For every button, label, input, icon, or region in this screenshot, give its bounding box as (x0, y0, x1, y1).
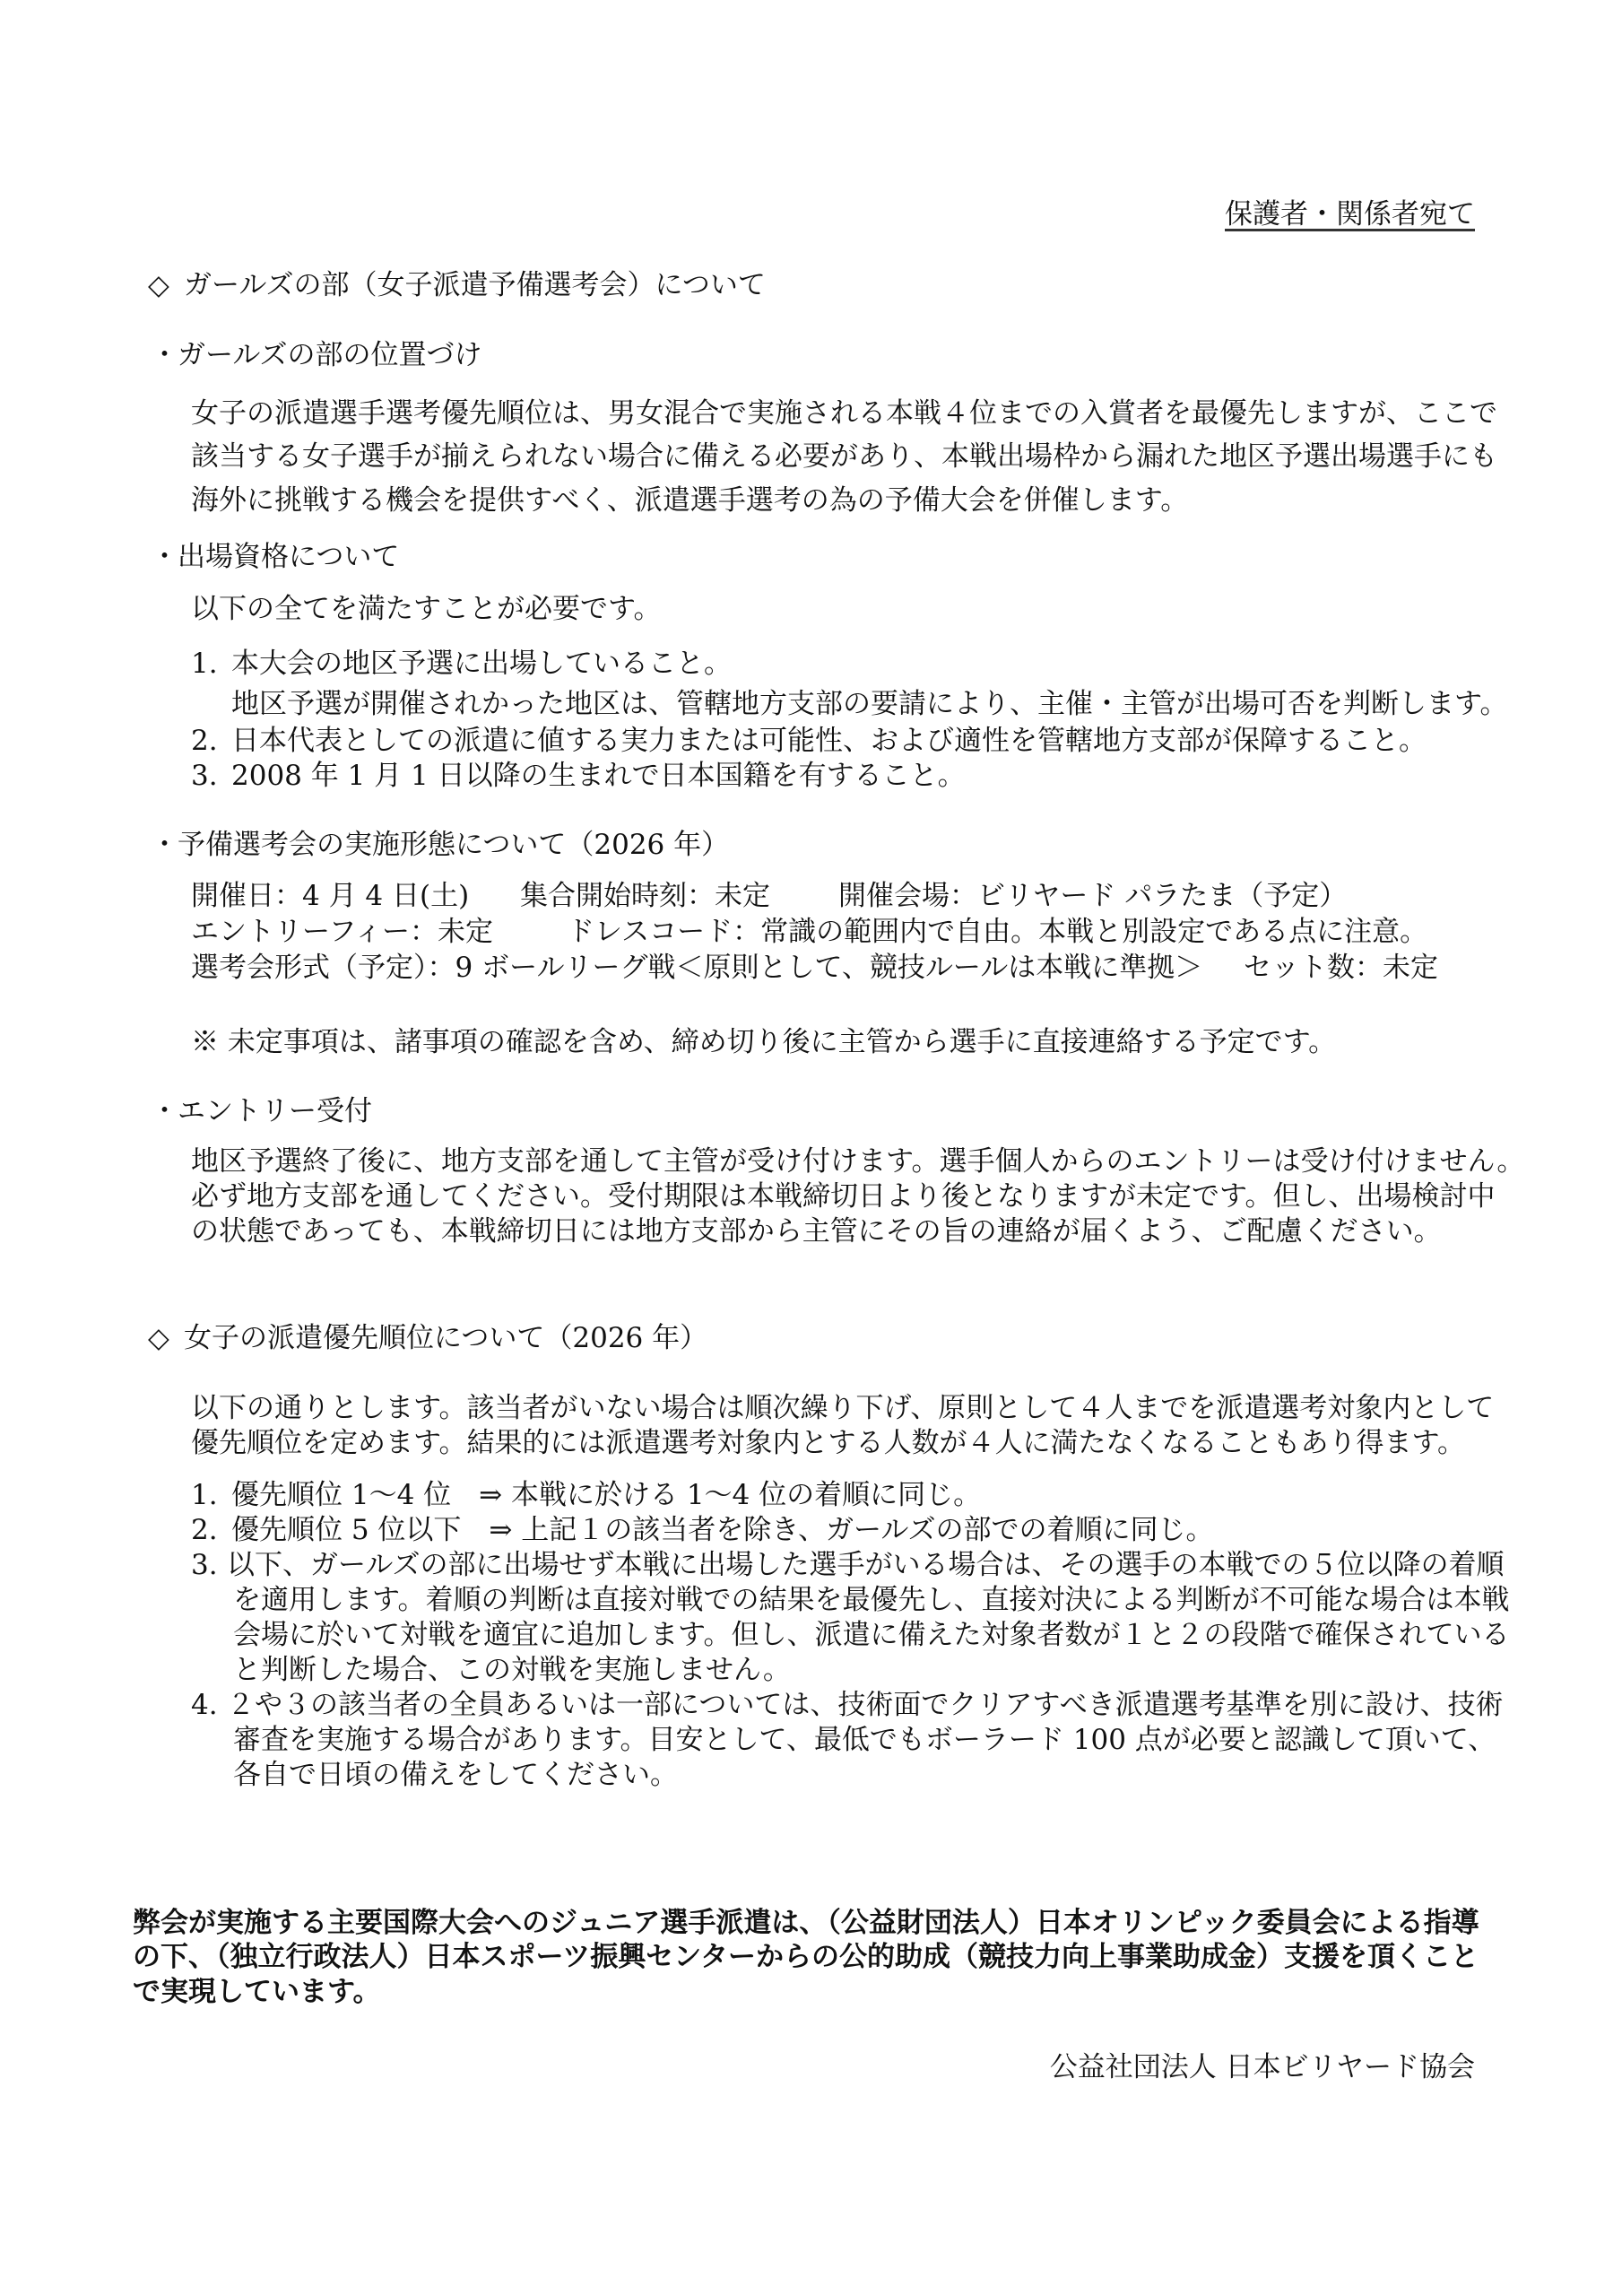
list-item-text: 優先順位 5 位以下 ⇒ 上記１の該当者を除き、ガールズの部での着順に同じ。 (231, 1517, 1213, 1544)
paragraph-line: 該当する女子選手が揃えられない場合に備える必要があり、本戦出場枠から漏れた地区予… (191, 443, 1497, 471)
recipient-header: 保護者・関係者宛て (1225, 201, 1475, 229)
event-date: 開催日：4 月 4 日(土) (191, 883, 469, 910)
bullet-icon: ・ (151, 342, 178, 370)
section-title: 女子の派遣優先順位について（2026 年） (184, 1322, 707, 1354)
bullet-icon: ・ (151, 1098, 178, 1126)
list-number: 1. (191, 1482, 218, 1509)
list-item-text: 日本代表としての派遣に値する実力または可能性、および適性を管轄地方支部が保障する… (231, 727, 1427, 755)
subheading-text: 出場資格について (178, 541, 399, 573)
closing-line: の下、（独立行政法人）日本スポーツ振興センターからの公的助成（競技力向上事業助成… (133, 1944, 1479, 1971)
list-item-text: 2008 年 1 月 1 日以降の生まれで日本国籍を有すること。 (231, 762, 966, 790)
list-item-continuation: と判断した場合、この対戦を実施しません。 (233, 1657, 791, 1684)
subheading-text: 予備選考会の実施形態について（2026 年） (178, 829, 729, 861)
bullet-icon: ・ (151, 831, 178, 859)
list-item-text: 本大会の地区予選に出場していること。 (231, 650, 732, 678)
paragraph-line: 海外に挑戦する機会を提供すべく、派遣選手選考の為の予備大会を併催します。 (191, 487, 1188, 515)
subheading-text: ガールズの部の位置づけ (178, 339, 481, 371)
set-count: セット数：未定 (1244, 954, 1438, 982)
diamond-icon: ◇ (148, 272, 184, 300)
list-number: 4. (191, 1692, 218, 1719)
paragraph-line: の状態であっても、本戦締切日には地方支部から主管にその旨の連絡が届くよう、ご配慮… (191, 1218, 1442, 1246)
list-item-continuation: を適用します。着順の判断は直接対戦での結果を最優先し、直接対決による判断が不可能… (233, 1587, 1510, 1614)
selection-format: 選考会形式（予定）：9 ボールリーグ戦＜原則として、競技ルールは本戦に準拠＞ (191, 954, 1202, 982)
list-item-continuation: 会場に於いて対戦を適宜に追加します。但し、派遣に備えた対象者数が１と２の段階で確… (233, 1622, 1510, 1649)
paragraph-line: 必ず地方支部を通してください。受付期限は本戦締切日より後となりますが未定です。但… (191, 1183, 1496, 1211)
venue: 開催会場：ビリヤード パラたま（予定） (838, 883, 1347, 910)
paragraph-line: 以下の通りとします。該当者がいない場合は順次繰り下げ、原則として４人までを派遣選… (191, 1395, 1494, 1422)
dress-code: ドレスコード：常識の範囲内で自由。本戦と別設定である点に注意。 (567, 918, 1427, 946)
diamond-icon: ◇ (148, 1325, 184, 1352)
section-heading-girls-division: ◇ガールズの部（女子派遣予備選考会）について (148, 272, 766, 300)
list-item-continuation: 各自で日頃の備えをしてください。 (233, 1761, 678, 1789)
subheading-entry: ・エントリー受付 (151, 1098, 372, 1126)
signature-organization: 公益社団法人 日本ビリヤード協会 (1050, 2054, 1475, 2082)
list-number: 2. (191, 1517, 218, 1544)
list-number: 1. (191, 650, 218, 678)
list-number: 2. (191, 727, 218, 755)
subheading-eligibility: ・出場資格について (151, 544, 399, 571)
list-number: 3. (191, 762, 218, 790)
entry-fee: エントリーフィー：未定 (191, 918, 493, 946)
list-item-continuation: 地区予選が開催されかった地区は、管轄地方支部の要請により、主催・主管が出場可否を… (231, 691, 1508, 718)
list-item-text: 以下、ガールズの部に出場せず本戦に出場した選手がいる場合は、その選手の本戦での５… (227, 1552, 1504, 1579)
list-item-text: ２や３の該当者の全員あるいは一部については、技術面でクリアすべき派遣選考基準を別… (227, 1692, 1504, 1719)
format-note: ※ 未定事項は、諸事項の確認を含め、締め切り後に主管から選手に直接連絡する予定で… (191, 1029, 1482, 1057)
paragraph-line: 優先順位を定めます。結果的には派遣選考対象内とする人数が４人に満たなくなることも… (191, 1430, 1465, 1457)
closing-line: 弊会が実施する主要国際大会へのジュニア選手派遣は、（公益財団法人）日本オリンピッ… (133, 1909, 1479, 1937)
paragraph-line: 女子の派遣選手選考優先順位は、男女混合で実施される本戦４位までの入賞者を最優先し… (191, 400, 1497, 428)
subheading-format: ・予備選考会の実施形態について（2026 年） (151, 831, 729, 859)
section-heading-priority: ◇女子の派遣優先順位について（2026 年） (148, 1325, 707, 1352)
section-title: ガールズの部（女子派遣予備選考会）について (184, 269, 766, 301)
start-time: 集合開始時刻：未定 (520, 883, 770, 910)
list-number: 3. (191, 1552, 218, 1579)
closing-line: で実現しています。 (133, 1979, 381, 2006)
eligibility-intro: 以下の全てを満たすことが必要です。 (191, 596, 1482, 623)
paragraph-line: 地区予選終了後に、地方支部を通して主管が受け付けます。選手個人からのエントリーは… (191, 1148, 1524, 1176)
list-item-text: 優先順位 1〜4 位 ⇒ 本戦に於ける 1〜4 位の着順に同じ。 (231, 1482, 981, 1509)
subheading-text: エントリー受付 (178, 1095, 372, 1127)
list-item-continuation: 審査を実施する場合があります。目安として、最低でもボーラード 100 点が必要と… (233, 1726, 1496, 1754)
bullet-icon: ・ (151, 544, 178, 571)
subheading-positioning: ・ガールズの部の位置づけ (151, 342, 481, 370)
